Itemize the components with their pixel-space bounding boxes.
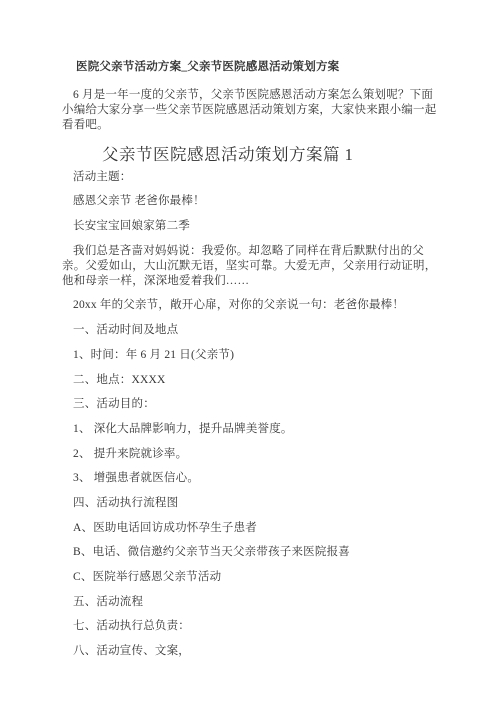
doc-paragraph: 1、 深化大品牌影响力，提升品牌美誉度。 <box>62 422 444 437</box>
doc-paragraph: 1、时间：年 6 月 21 日(父亲节) <box>62 348 444 363</box>
doc-paragraph: 长安宝宝回娘家第二季 <box>62 219 444 234</box>
doc-paragraph: 二、地点：XXXX <box>62 373 444 388</box>
doc-paragraph: 四、活动执行流程图 <box>62 496 444 511</box>
doc-paragraph: 感恩父亲节 老爸你最棒！ <box>62 194 444 209</box>
doc-paragraph: 七、活动执行总负责： <box>62 619 444 634</box>
intro-paragraph: 6 月是一年一度的父亲节，父亲节医院感恩活动方案怎么策划呢？下面小编给大家分享一… <box>62 88 444 133</box>
doc-paragraph: 三、活动目的： <box>62 397 444 412</box>
doc-paragraph: A、医助电话回访成功怀孕生子患者 <box>62 521 444 536</box>
doc-paragraph: B、电话、微信邀约父亲节当天父亲带孩子来医院报喜 <box>62 545 444 560</box>
doc-paragraph: 五、活动流程 <box>62 595 444 610</box>
doc-paragraph: 2、 提升来院就诊率。 <box>62 447 444 462</box>
doc-title: 医院父亲节活动方案_父亲节医院感恩活动策划方案 <box>62 60 444 75</box>
document-page: 医院父亲节活动方案_父亲节医院感恩活动策划方案 6 月是一年一度的父亲节，父亲节… <box>0 0 500 707</box>
doc-paragraph: 八、活动宣传、文案， <box>62 644 444 659</box>
section-heading: 父亲节医院感恩活动策划方案篇 1 <box>62 143 444 167</box>
doc-paragraph: 活动主题： <box>62 170 444 185</box>
doc-paragraph: 一、活动时间及地点 <box>62 323 444 338</box>
doc-paragraph: 我们总是吝啬对妈妈说：我爱你。却忽略了同样在背后默默付出的父亲。父爱如山，大山沉… <box>62 244 444 289</box>
doc-paragraph: 3、 增强患者就医信心。 <box>62 471 444 486</box>
doc-paragraph: 20xx 年的父亲节，敞开心扉，对你的父亲说一句：老爸你最棒！ <box>62 298 444 313</box>
doc-paragraph: C、医院举行感恩父亲节活动 <box>62 570 444 585</box>
